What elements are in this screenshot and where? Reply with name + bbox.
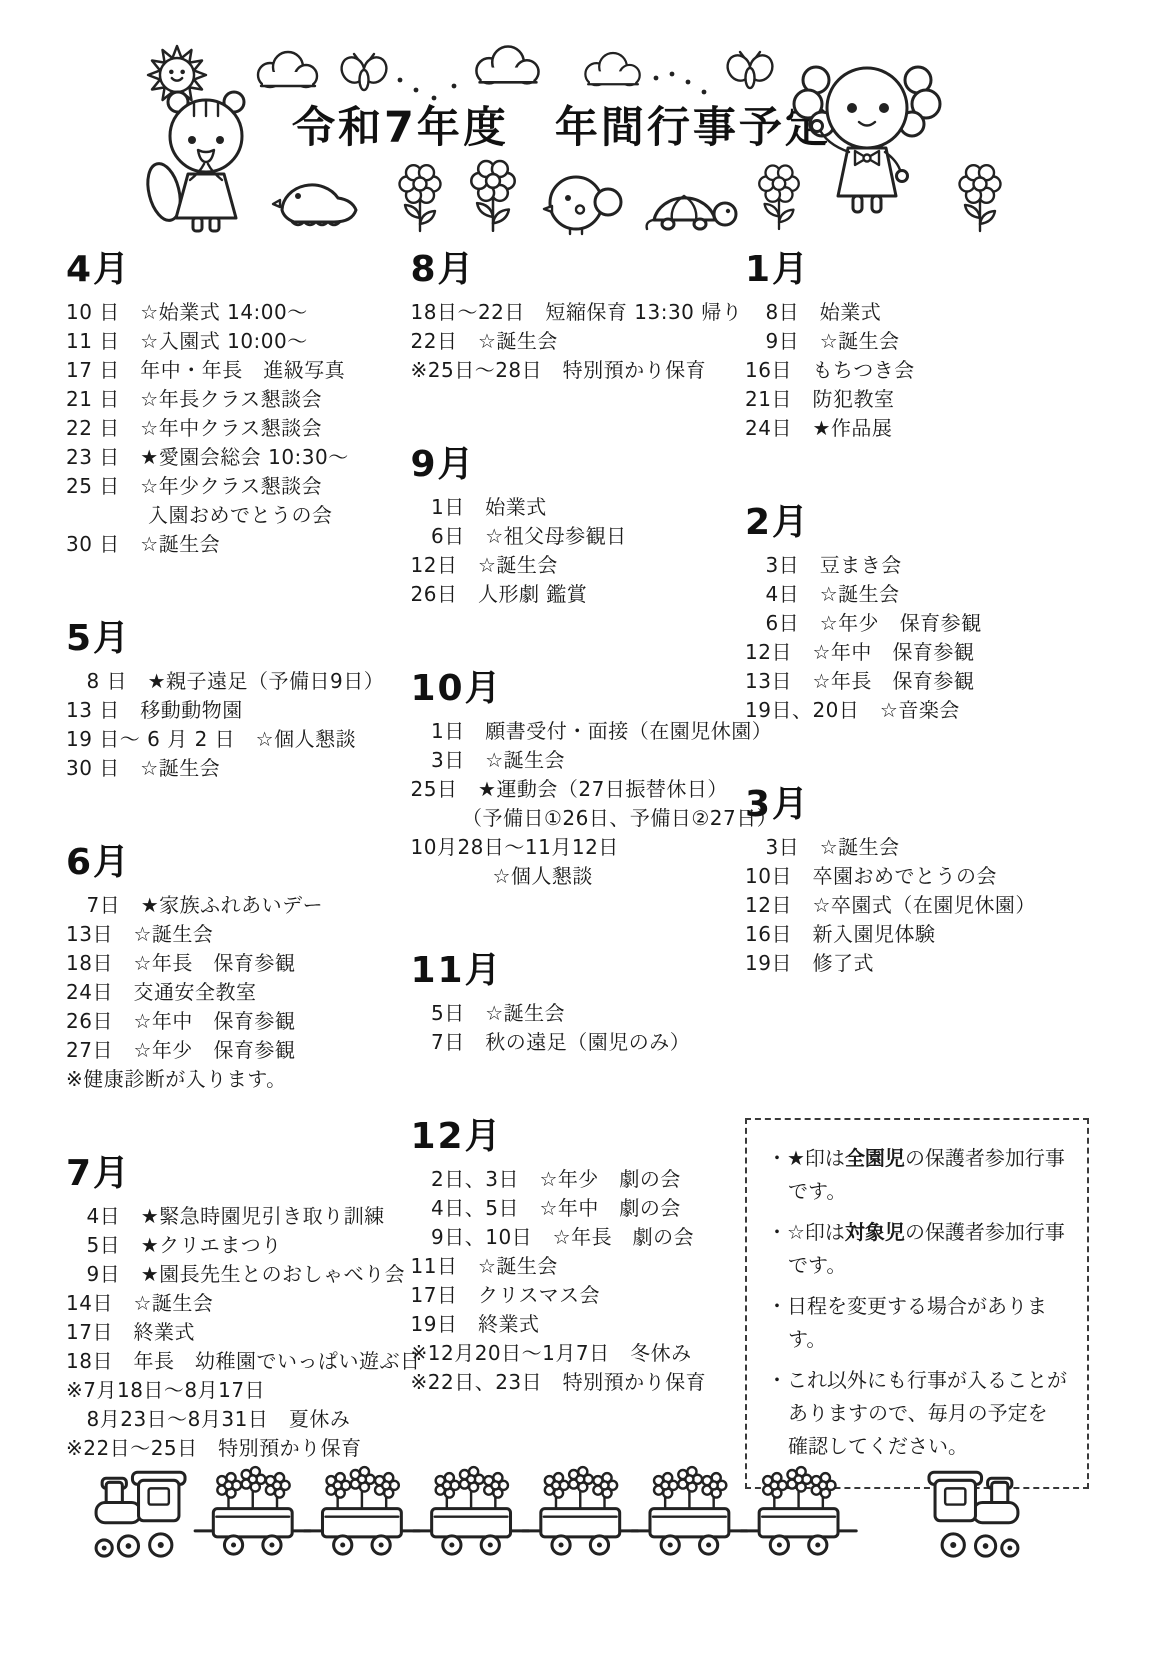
month-6月: 6月 7日 ★家族ふれあいデー13日 ☆誕生会18日 ☆年長 保育参観24日 交… bbox=[66, 843, 406, 1094]
month-3月: 3月 3日 ☆誕生会10日 卒園おめでとうの会12日 ☆卒園式（在園児休園）16… bbox=[745, 785, 1090, 978]
month-title: 5月 bbox=[66, 619, 406, 659]
note-item: ・★印は全園児の保護者参加行事です。 bbox=[767, 1142, 1067, 1208]
event-line: 4日 ★緊急時園児引き取り訓練 bbox=[66, 1202, 406, 1231]
month-title: 10月 bbox=[411, 669, 741, 709]
event-line: 19 日～ 6 月 2 日 ☆個人懇談 bbox=[66, 725, 406, 754]
chick-icon bbox=[542, 172, 626, 234]
event-line: ※12月20日～1月7日 冬休み bbox=[411, 1339, 741, 1368]
butterfly-icon bbox=[722, 50, 778, 98]
event-line: ※7月18日～8月17日 bbox=[66, 1376, 406, 1405]
month-title: 4月 bbox=[66, 250, 406, 290]
event-line: 18日～22日 短縮保育 13:30 帰り bbox=[411, 298, 741, 327]
event-line: 26日 人形劇 鑑賞 bbox=[411, 580, 741, 609]
month-8月: 8月18日～22日 短縮保育 13:30 帰り22日 ☆誕生会※25日～28日 … bbox=[411, 250, 741, 385]
column-3-wrap: 1月 8日 始業式 9日 ☆誕生会16日 もちつき会21日 防犯教室24日 ★作… bbox=[745, 250, 1090, 1489]
event-line: ※22日、23日 特別預かり保育 bbox=[411, 1368, 741, 1397]
event-line: 3日 豆まき会 bbox=[745, 551, 1090, 580]
event-line: 21 日 ☆年長クラス懇談会 bbox=[66, 385, 406, 414]
month-7月: 7月 4日 ★緊急時園児引き取り訓練 5日 ★クリエまつり 9日 ★園長先生との… bbox=[66, 1154, 406, 1463]
note-bold-text: 対象児 bbox=[845, 1220, 905, 1244]
event-line: ※健康診断が入ります。 bbox=[66, 1065, 406, 1094]
schedule-columns: 4月10 日 ☆始業式 14:00～11 日 ☆入園式 10:00～17 日 年… bbox=[0, 240, 1150, 1523]
event-line: 25日 ★運動会（27日振替休日） bbox=[411, 775, 741, 804]
month-1月: 1月 8日 始業式 9日 ☆誕生会16日 もちつき会21日 防犯教室24日 ★作… bbox=[745, 250, 1090, 443]
event-line: 13日 ☆年長 保育参観 bbox=[745, 667, 1090, 696]
event-line: 26日 ☆年中 保育参観 bbox=[66, 1007, 406, 1036]
month-title: 2月 bbox=[745, 503, 1090, 543]
month-title: 6月 bbox=[66, 843, 406, 883]
event-line: 2日、3日 ☆年少 劇の会 bbox=[411, 1165, 741, 1194]
event-line: 17 日 年中・年長 進級写真 bbox=[66, 356, 406, 385]
event-line: 30 日 ☆誕生会 bbox=[66, 530, 406, 559]
event-list: 4日 ★緊急時園児引き取り訓練 5日 ★クリエまつり 9日 ★園長先生とのおしゃ… bbox=[66, 1202, 406, 1463]
event-list: 1日 願書受付・面接（在園児休園） 3日 ☆誕生会25日 ★運動会（27日振替休… bbox=[411, 717, 741, 891]
event-line: 13日 ☆誕生会 bbox=[66, 920, 406, 949]
event-line: 9日、10日 ☆年長 劇の会 bbox=[411, 1223, 741, 1252]
event-line: 14日 ☆誕生会 bbox=[66, 1289, 406, 1318]
event-line: 入園おめでとうの会 bbox=[66, 501, 406, 530]
event-line: 4日、5日 ☆年中 劇の会 bbox=[411, 1194, 741, 1223]
event-line: 16日 もちつき会 bbox=[745, 356, 1090, 385]
event-list: 2日、3日 ☆年少 劇の会 4日、5日 ☆年中 劇の会 9日、10日 ☆年長 劇… bbox=[411, 1165, 741, 1397]
event-line: 9日 ☆誕生会 bbox=[745, 327, 1090, 356]
event-line: 5日 ☆誕生会 bbox=[411, 999, 741, 1028]
event-line: 19日、20日 ☆音楽会 bbox=[745, 696, 1090, 725]
month-title: 8月 bbox=[411, 250, 741, 290]
event-list: 5日 ☆誕生会 7日 秋の遠足（園児のみ） bbox=[411, 999, 741, 1057]
event-list: 7日 ★家族ふれあいデー13日 ☆誕生会18日 ☆年長 保育参観24日 交通安全… bbox=[66, 891, 406, 1094]
event-line: ※25日～28日 特別預かり保育 bbox=[411, 356, 741, 385]
event-schedule-page: 令和7年度 年間行事予定 bbox=[0, 0, 1150, 1654]
event-line: 12日 ☆年中 保育参観 bbox=[745, 638, 1090, 667]
note-item: ・日程を変更する場合があります。 bbox=[767, 1290, 1067, 1356]
event-line: 11 日 ☆入園式 10:00～ bbox=[66, 327, 406, 356]
event-line: 24日 交通安全教室 bbox=[66, 978, 406, 1007]
event-line: 25 日 ☆年少クラス懇談会 bbox=[66, 472, 406, 501]
event-line: 10日 卒園おめでとうの会 bbox=[745, 862, 1090, 891]
event-line: 17日 クリスマス会 bbox=[411, 1281, 741, 1310]
event-line: 5日 ★クリエまつり bbox=[66, 1231, 406, 1260]
month-11月: 11月 5日 ☆誕生会 7日 秋の遠足（園児のみ） bbox=[411, 951, 741, 1057]
page-title: 令和7年度 年間行事予定 bbox=[292, 94, 831, 155]
event-line: 19日 終業式 bbox=[411, 1310, 741, 1339]
event-line: 4日 ☆誕生会 bbox=[745, 580, 1090, 609]
event-line: 30 日 ☆誕生会 bbox=[66, 754, 406, 783]
month-5月: 5月 8 日 ★親子遠足（予備日9日）13 日 移動動物園19 日～ 6 月 2… bbox=[66, 619, 406, 783]
month-title: 9月 bbox=[411, 445, 741, 485]
month-title: 12月 bbox=[411, 1117, 741, 1157]
note-bold-text: 全園児 bbox=[845, 1146, 905, 1170]
event-list: 8 日 ★親子遠足（予備日9日）13 日 移動動物園19 日～ 6 月 2 日 … bbox=[66, 667, 406, 783]
event-line: 11日 ☆誕生会 bbox=[411, 1252, 741, 1281]
puppy-girl-character bbox=[792, 46, 942, 236]
event-line: 23 日 ★愛園会総会 10:30～ bbox=[66, 443, 406, 472]
event-line: 1日 始業式 bbox=[411, 493, 741, 522]
event-line: 12日 ☆卒園式（在園児休園） bbox=[745, 891, 1090, 920]
event-line: 8月23日～8月31日 夏休み bbox=[66, 1405, 406, 1434]
note-text: ・★印は bbox=[767, 1146, 845, 1170]
month-10月: 10月 1日 願書受付・面接（在園児休園） 3日 ☆誕生会25日 ★運動会（27… bbox=[411, 669, 741, 891]
event-line: 21日 防犯教室 bbox=[745, 385, 1090, 414]
event-line: 24日 ★作品展 bbox=[745, 414, 1090, 443]
event-line: 6日 ☆祖父母参観日 bbox=[411, 522, 741, 551]
event-line: 22日 ☆誕生会 bbox=[411, 327, 741, 356]
event-line: 13 日 移動動物園 bbox=[66, 696, 406, 725]
event-line: 9日 ★園長先生とのおしゃべり会 bbox=[66, 1260, 406, 1289]
column-2: 8月18日～22日 短縮保育 13:30 帰り22日 ☆誕生会※25日～28日 … bbox=[411, 250, 741, 1457]
bird-icon bbox=[272, 170, 362, 232]
month-title: 3月 bbox=[745, 785, 1090, 825]
flower-icon bbox=[952, 168, 1008, 236]
turtle-icon bbox=[640, 178, 740, 234]
note-text: ・これ以外にも行事が入ることがありますので、毎月の予定を確認してください。 bbox=[767, 1368, 1067, 1458]
notes-box: ・★印は全園児の保護者参加行事です。・☆印は対象児の保護者参加行事です。・日程を… bbox=[745, 1118, 1089, 1489]
event-line: 17日 終業式 bbox=[66, 1318, 406, 1347]
event-line: 27日 ☆年少 保育参観 bbox=[66, 1036, 406, 1065]
event-line: 1日 願書受付・面接（在園児休園） bbox=[411, 717, 741, 746]
note-text: ・☆印は bbox=[767, 1220, 845, 1244]
month-title: 1月 bbox=[745, 250, 1090, 290]
squirrel-character bbox=[146, 82, 266, 234]
header: 令和7年度 年間行事予定 bbox=[0, 0, 1150, 240]
flower-icon bbox=[392, 168, 448, 236]
flower-icon bbox=[462, 164, 524, 236]
flower-train-icon bbox=[92, 1452, 1022, 1573]
month-12月: 12月 2日、3日 ☆年少 劇の会 4日、5日 ☆年中 劇の会 9日、10日 ☆… bbox=[411, 1117, 741, 1397]
note-text: ・日程を変更する場合があります。 bbox=[767, 1294, 1047, 1351]
month-4月: 4月10 日 ☆始業式 14:00～11 日 ☆入園式 10:00～17 日 年… bbox=[66, 250, 406, 559]
event-line: 10 日 ☆始業式 14:00～ bbox=[66, 298, 406, 327]
event-line: 22 日 ☆年中クラス懇談会 bbox=[66, 414, 406, 443]
event-list: 3日 豆まき会 4日 ☆誕生会 6日 ☆年少 保育参観12日 ☆年中 保育参観1… bbox=[745, 551, 1090, 725]
event-line: 10月28日～11月12日 bbox=[411, 833, 741, 862]
event-line: ☆個人懇談 bbox=[411, 862, 741, 891]
event-line: 16日 新入園児体験 bbox=[745, 920, 1090, 949]
event-line: 3日 ☆誕生会 bbox=[411, 746, 741, 775]
event-list: 18日～22日 短縮保育 13:30 帰り22日 ☆誕生会※25日～28日 特別… bbox=[411, 298, 741, 385]
butterfly-icon bbox=[336, 52, 392, 100]
event-line: 7日 ★家族ふれあいデー bbox=[66, 891, 406, 920]
event-line: 8日 始業式 bbox=[745, 298, 1090, 327]
event-list: 8日 始業式 9日 ☆誕生会16日 もちつき会21日 防犯教室24日 ★作品展 bbox=[745, 298, 1090, 443]
note-item: ・これ以外にも行事が入ることがありますので、毎月の予定を確認してください。 bbox=[767, 1364, 1067, 1463]
event-list: 10 日 ☆始業式 14:00～11 日 ☆入園式 10:00～17 日 年中・… bbox=[66, 298, 406, 559]
event-line: 12日 ☆誕生会 bbox=[411, 551, 741, 580]
month-2月: 2月 3日 豆まき会 4日 ☆誕生会 6日 ☆年少 保育参観12日 ☆年中 保育… bbox=[745, 503, 1090, 725]
month-9月: 9月 1日 始業式 6日 ☆祖父母参観日12日 ☆誕生会26日 人形劇 鑑賞 bbox=[411, 445, 741, 609]
note-item: ・☆印は対象児の保護者参加行事です。 bbox=[767, 1216, 1067, 1282]
event-line: 3日 ☆誕生会 bbox=[745, 833, 1090, 862]
event-line: （予備日①26日、予備日②27日） bbox=[411, 804, 741, 833]
cloud-icon bbox=[578, 48, 648, 92]
event-line: 18日 年長 幼稚園でいっぱい遊ぶ日 bbox=[66, 1347, 406, 1376]
month-title: 7月 bbox=[66, 1154, 406, 1194]
month-title: 11月 bbox=[411, 951, 741, 991]
event-line: 8 日 ★親子遠足（予備日9日） bbox=[66, 667, 406, 696]
event-line: 18日 ☆年長 保育参観 bbox=[66, 949, 406, 978]
event-line: 19日 修了式 bbox=[745, 949, 1090, 978]
cloud-icon bbox=[468, 42, 548, 90]
event-line: 7日 秋の遠足（園児のみ） bbox=[411, 1028, 741, 1057]
event-list: 1日 始業式 6日 ☆祖父母参観日12日 ☆誕生会26日 人形劇 鑑賞 bbox=[411, 493, 741, 609]
column-3: 1月 8日 始業式 9日 ☆誕生会16日 もちつき会21日 防犯教室24日 ★作… bbox=[745, 250, 1090, 978]
event-list: 3日 ☆誕生会10日 卒園おめでとうの会12日 ☆卒園式（在園児休園）16日 新… bbox=[745, 833, 1090, 978]
column-1: 4月10 日 ☆始業式 14:00～11 日 ☆入園式 10:00～17 日 年… bbox=[66, 250, 406, 1523]
event-line: 6日 ☆年少 保育参観 bbox=[745, 609, 1090, 638]
